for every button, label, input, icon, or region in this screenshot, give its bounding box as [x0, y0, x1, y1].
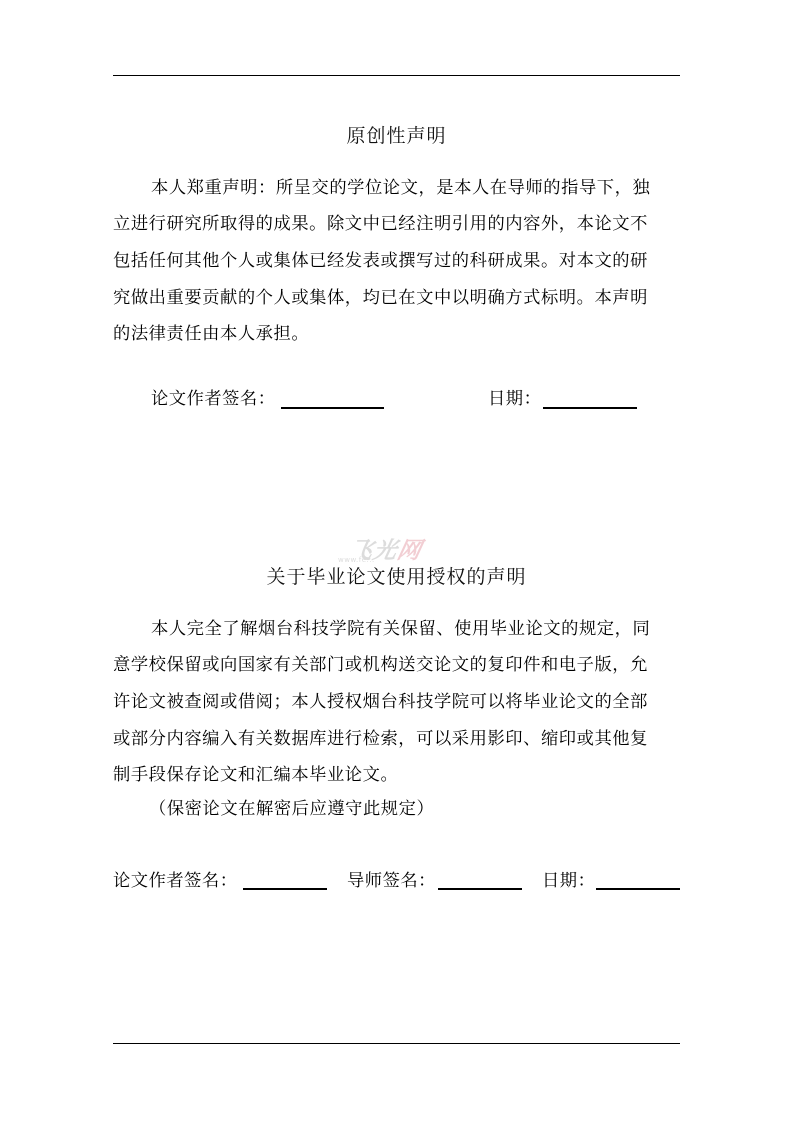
author-signature-label: 论文作者签名： [113, 871, 237, 891]
advisor-signature-label: 导师签名： [347, 871, 436, 891]
date-field[interactable] [596, 888, 680, 890]
originality-signature-row: 论文作者签名： 日期： [0, 389, 793, 413]
paragraph-line: 许论文被查阅或借阅；本人授权烟台科技学院可以将毕业论文的全部 [113, 692, 648, 712]
originality-title: 原创性声明 [0, 121, 793, 148]
watermark-accent-text: 网 [395, 538, 425, 564]
paragraph-line: 包括任何其他个人或集体已经发表或撰写过的科研成果。对本文的研 [113, 251, 648, 271]
date-label: 日期： [542, 871, 595, 891]
paragraph-line: 本人郑重声明：所呈交的学位论文，是本人在导师的指导下，独 [151, 178, 650, 198]
paragraph-line: 意学校保留或向国家有关部门或机构送交论文的复印件和电子版，允 [113, 655, 648, 675]
paragraph-line: 究做出重要贡献的个人或集体，均已在文中以明确方式标明。本声明 [113, 288, 648, 308]
paragraph-line: 本人完全了解烟台科技学院有关保留、使用毕业论文的规定，同 [151, 619, 650, 639]
author-signature-field[interactable] [243, 888, 327, 890]
date-label: 日期： [488, 389, 541, 409]
author-signature-field[interactable] [281, 407, 384, 409]
author-signature-label: 论文作者签名： [151, 389, 275, 409]
header-rule [113, 75, 680, 76]
authorization-signature-row: 论文作者签名： 导师签名： 日期： [0, 871, 793, 895]
paragraph-line: 的法律责任由本人承担。 [113, 324, 309, 344]
advisor-signature-field[interactable] [438, 888, 522, 890]
date-field[interactable] [543, 407, 637, 409]
footer-rule [113, 1043, 680, 1044]
paragraph-line: 或部分内容编入有关数据库进行检索，可以采用影印、缩印或其他复 [113, 729, 648, 749]
paragraph-line: 立进行研究所取得的成果。除文中已经注明引用的内容外，本论文不 [113, 214, 648, 234]
paragraph-line: 制手段保存论文和汇编本毕业论文。 [113, 765, 398, 785]
authorization-title: 关于毕业论文使用授权的声明 [0, 562, 793, 589]
confidential-note: （保密论文在解密后应遵守此规定） [149, 799, 434, 819]
